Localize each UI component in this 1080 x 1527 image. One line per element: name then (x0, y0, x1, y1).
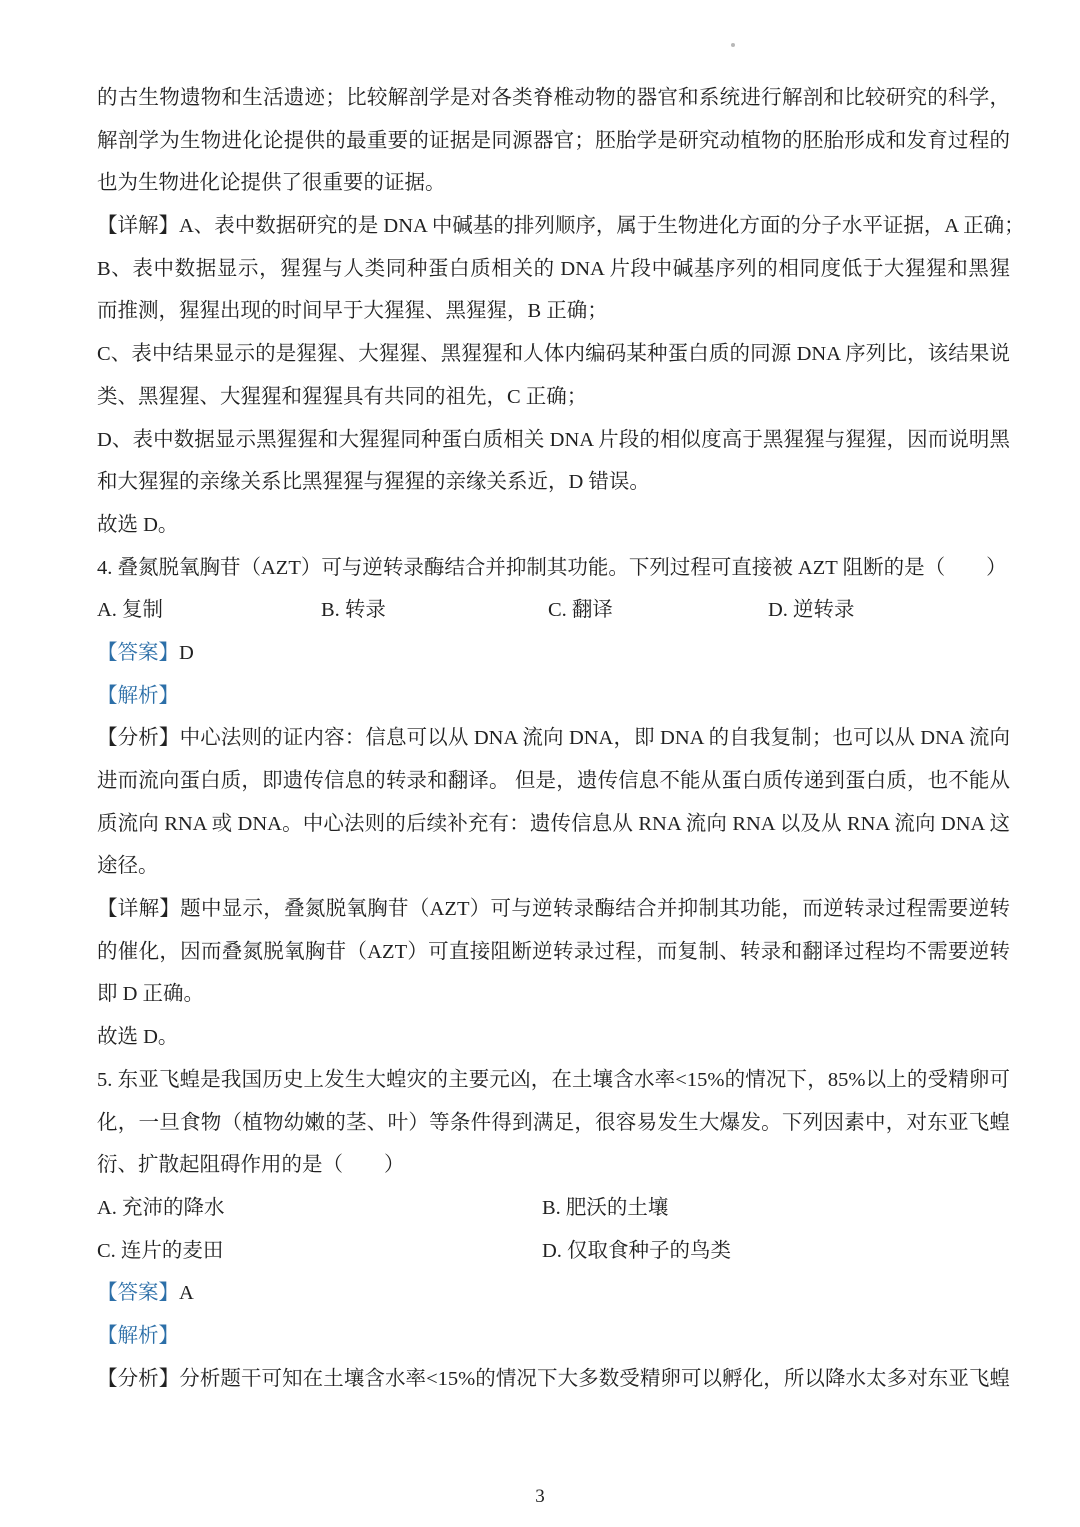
q4-option-d: D. 逆转录 (768, 589, 1010, 632)
q4-detail-line: 【详解】题中显示，叠氮脱氧胸苷（AZT）可与逆转录酶结合并抑制其功能，而逆转录过… (97, 888, 1010, 931)
answer-label: 【答案】 (97, 1282, 179, 1304)
q4-analysis-line: 质流向 RNA 或 DNA。中心法则的后续补充有：遗传信息从 RNA 流向 RN… (97, 803, 1010, 846)
q4-detail-line: 的催化，因而叠氮脱氧胸苷（AZT）可直接阻断逆转录过程，而复制、转录和翻译过程均… (97, 931, 1010, 974)
q4-answer-line: 【答案】D (97, 632, 1010, 675)
q4-analysis-title: 【解析】 (97, 675, 1010, 718)
answer-value: A (179, 1282, 194, 1304)
intro-line: 解剖学为生物进化论提供的最重要的证据是同源器官；胚胎学是研究动植物的胚胎形成和发… (97, 120, 1010, 163)
q3-detail-line: 而推测，猩猩出现的时间早于大猩猩、黑猩猩，B 正确； (97, 290, 1010, 333)
q3-detail-line: C、表中结果显示的是猩猩、大猩猩、黑猩猩和人体内编码某种蛋白质的同源 DNA 序… (97, 333, 1010, 376)
q5-option-a: A. 充沛的降水 (97, 1187, 542, 1230)
q5-option-d: D. 仅取食种子的鸟类 (542, 1230, 1010, 1273)
q4-stem: 4. 叠氮脱氧胸苷（AZT）可与逆转录酶结合并抑制其功能。下列过程可直接被 AZ… (97, 547, 1010, 590)
q3-detail-line: D、表中数据显示黑猩猩和大猩猩同种蛋白质相关 DNA 片段的相似度高于黑猩猩与猩… (97, 419, 1010, 462)
q5-stem-line: 化，一旦食物（植物幼嫩的茎、叶）等条件得到满足，很容易发生大爆发。下列因素中，对… (97, 1102, 1010, 1145)
q5-analysis-line: 【分析】分析题干可知在土壤含水率<15%的情况下大多数受精卵可以孵化，所以降水太… (97, 1358, 1010, 1401)
q3-detail-line: 和大猩猩的亲缘关系比黑猩猩与猩猩的亲缘关系近，D 错误。 (97, 461, 1010, 504)
q5-answer-line: 【答案】A (97, 1272, 1010, 1315)
page-number: 3 (0, 1482, 1080, 1512)
q5-stem-line: 衍、扩散起阻碍作用的是（ ） (97, 1144, 1010, 1187)
q4-analysis-line: 【分析】中心法则的证内容：信息可以从 DNA 流向 DNA，即 DNA 的自我复… (97, 717, 1010, 760)
q4-options-row: A. 复制 B. 转录 C. 翻译 D. 逆转录 (97, 589, 1010, 632)
q5-option-b: B. 肥沃的土壤 (542, 1187, 1010, 1230)
q4-analysis-line: 途径。 (97, 845, 1010, 888)
q3-detail-line: 类、黑猩猩、大猩猩和猩猩具有共同的祖先，C 正确； (97, 376, 1010, 419)
q4-option-b: B. 转录 (321, 589, 548, 632)
q4-analysis-line: 进而流向蛋白质，即遗传信息的转录和翻译。 但是，遗传信息不能从蛋白质传递到蛋白质… (97, 760, 1010, 803)
q4-detail-line: 即 D 正确。 (97, 973, 1010, 1016)
q4-option-a: A. 复制 (97, 589, 321, 632)
q5-options-row-1: A. 充沛的降水 B. 肥沃的土壤 (97, 1187, 1010, 1230)
answer-label: 【答案】 (97, 642, 179, 664)
intro-line: 也为生物进化论提供了很重要的证据。 (97, 162, 1010, 205)
q3-choose-line: 故选 D。 (97, 504, 1010, 547)
document-body: 的古生物遗物和生活遗迹；比较解剖学是对各类脊椎动物的器官和系统进行解剖和比较研究… (97, 77, 1010, 1400)
q5-analysis-title: 【解析】 (97, 1315, 1010, 1358)
q3-detail-line: B、表中数据显示，猩猩与人类同种蛋白质相关的 DNA 片段中碱基序列的相同度低于… (97, 248, 1010, 291)
stray-dot (731, 43, 735, 47)
analysis-title-label: 【解析】 (97, 685, 179, 707)
q5-stem-line: 5. 东亚飞蝗是我国历史上发生大蝗灾的主要元凶，在土壤含水率<15%的情况下，8… (97, 1059, 1010, 1102)
analysis-title-label: 【解析】 (97, 1325, 179, 1347)
q4-choose-line: 故选 D。 (97, 1016, 1010, 1059)
q3-detail-line: 【详解】A、表中数据研究的是 DNA 中碱基的排列顺序，属于生物进化方面的分子水… (97, 205, 1010, 248)
q5-options-row-2: C. 连片的麦田 D. 仅取食种子的鸟类 (97, 1230, 1010, 1273)
q4-option-c: C. 翻译 (548, 589, 768, 632)
page: { "colors": { "label_blue": "#2c6fa8", "… (0, 0, 1080, 1527)
q5-option-c: C. 连片的麦田 (97, 1230, 542, 1273)
answer-value: D (179, 642, 194, 664)
intro-line: 的古生物遗物和生活遗迹；比较解剖学是对各类脊椎动物的器官和系统进行解剖和比较研究… (97, 77, 1010, 120)
